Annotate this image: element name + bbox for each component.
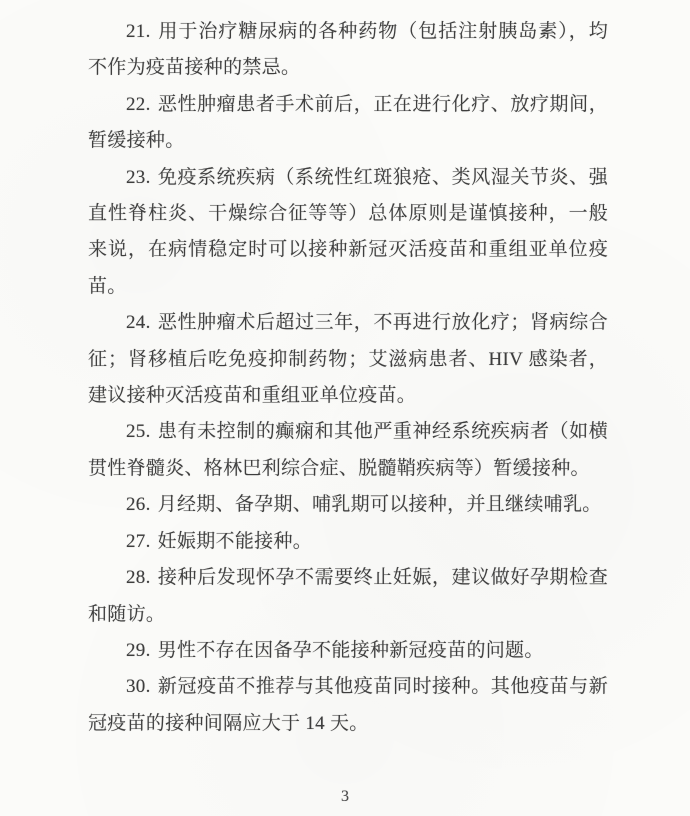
list-item: 30.新冠疫苗不推荐与其他疫苗同时接种。其他疫苗与新冠疫苗的接种间隔应大于 14… — [88, 669, 608, 742]
item-number: 28. — [126, 567, 151, 588]
item-text: 妊娠期不能接种。 — [158, 531, 312, 552]
list-item: 26.月经期、备孕期、哺乳期可以接种，并且继续哺乳。 — [88, 487, 608, 523]
item-text: 患有未控制的癫痫和其他严重神经系统疾病者（如横贯性脊髓炎、格林巴利综合症、脱髓鞘… — [88, 421, 608, 478]
item-number: 27. — [126, 531, 151, 552]
item-number: 21. — [126, 21, 151, 42]
item-number: 24. — [126, 312, 151, 333]
item-text: 恶性肿瘤术后超过三年，不再进行放化疗；肾病综合征；肾移植后吃免疫抑制药物；艾滋病… — [88, 312, 608, 406]
item-number: 29. — [126, 640, 151, 661]
page-number: 3 — [0, 788, 690, 806]
list-item: 22.恶性肿瘤患者手术前后，正在进行化疗、放疗期间，暂缓接种。 — [88, 87, 608, 160]
list-item: 28.接种后发现怀孕不需要终止妊娠，建议做好孕期检查和随访。 — [88, 560, 608, 633]
list-item: 23.免疫系统疾病（系统性红斑狼疮、类风湿关节炎、强直性脊柱炎、干燥综合征等等）… — [88, 160, 608, 306]
item-number: 23. — [126, 167, 151, 188]
list-item: 24.恶性肿瘤术后超过三年，不再进行放化疗；肾病综合征；肾移植后吃免疫抑制药物；… — [88, 305, 608, 414]
list-item: 29.男性不存在因备孕不能接种新冠疫苗的问题。 — [88, 633, 608, 669]
item-number: 25. — [126, 421, 151, 442]
item-text: 用于治疗糖尿病的各种药物（包括注射胰岛素），均不作为疫苗接种的禁忌。 — [88, 21, 608, 78]
document-page: 21.用于治疗糖尿病的各种药物（包括注射胰岛素），均不作为疫苗接种的禁忌。 22… — [0, 0, 690, 816]
item-number: 22. — [126, 94, 151, 115]
list-item: 27.妊娠期不能接种。 — [88, 524, 608, 560]
document-body: 21.用于治疗糖尿病的各种药物（包括注射胰岛素），均不作为疫苗接种的禁忌。 22… — [88, 14, 608, 742]
item-text: 月经期、备孕期、哺乳期可以接种，并且继续哺乳。 — [158, 494, 602, 515]
item-number: 30. — [126, 676, 151, 697]
item-text: 接种后发现怀孕不需要终止妊娠，建议做好孕期检查和随访。 — [88, 567, 608, 624]
item-text: 免疫系统疾病（系统性红斑狼疮、类风湿关节炎、强直性脊柱炎、干燥综合征等等）总体原… — [88, 167, 608, 297]
item-number: 26. — [126, 494, 151, 515]
item-text: 新冠疫苗不推荐与其他疫苗同时接种。其他疫苗与新冠疫苗的接种间隔应大于 14 天。 — [88, 676, 608, 733]
list-item: 21.用于治疗糖尿病的各种药物（包括注射胰岛素），均不作为疫苗接种的禁忌。 — [88, 14, 608, 87]
list-item: 25.患有未控制的癫痫和其他严重神经系统疾病者（如横贯性脊髓炎、格林巴利综合症、… — [88, 414, 608, 487]
item-text: 男性不存在因备孕不能接种新冠疫苗的问题。 — [158, 640, 544, 661]
item-text: 恶性肿瘤患者手术前后，正在进行化疗、放疗期间，暂缓接种。 — [88, 94, 608, 151]
